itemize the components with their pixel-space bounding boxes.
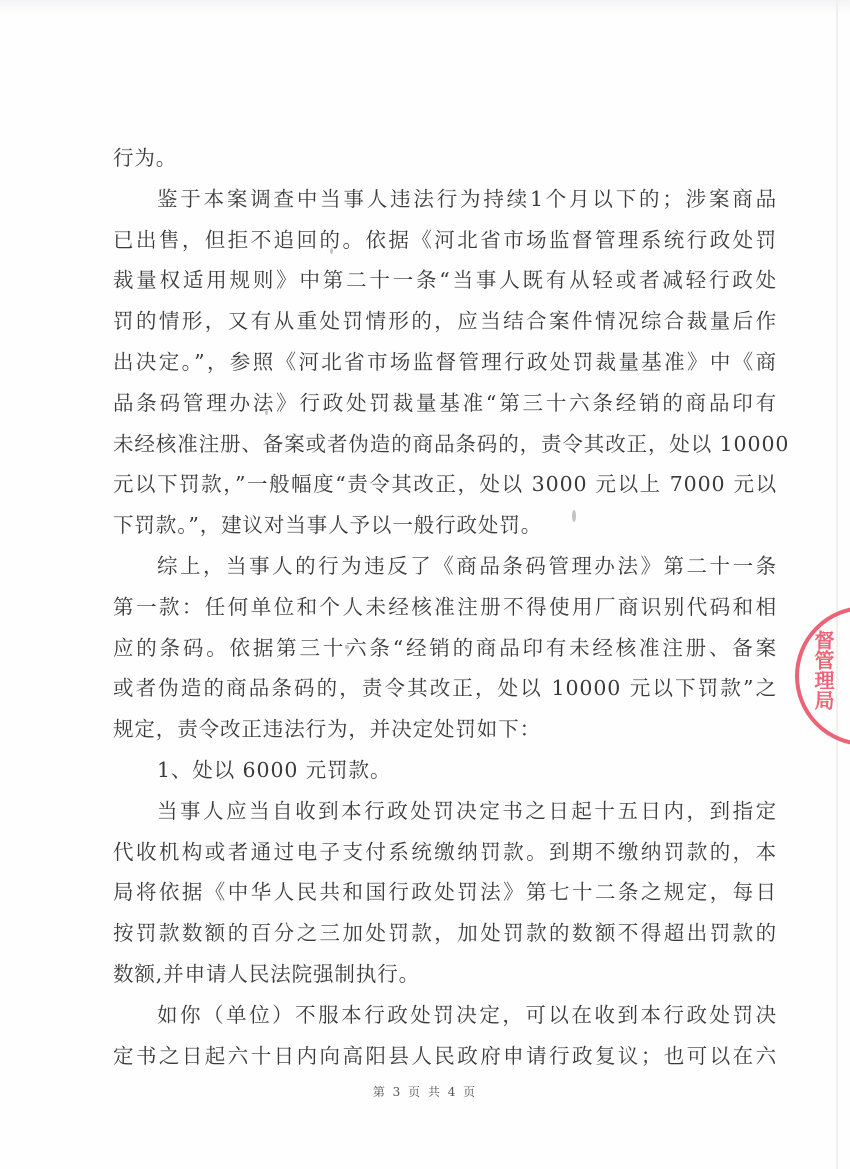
text-line: 应的条码。依据第三十六条“经销的商品印有未经核准注册、备案 [113, 628, 777, 669]
text-line: 罚的情形，又有从重处罚情形的，应当结合案件情况综合裁量后作 [113, 301, 777, 342]
scan-speck [330, 248, 333, 254]
page-number: 第 3 页 共 4 页 [0, 1083, 850, 1100]
scan-edge-top [0, 0, 850, 14]
text-line: 行为。 [113, 138, 777, 179]
document-page: 行为。 鉴于本案调查中当事人违法行为持续1个月以下的；涉案商品 已出售，但拒不追… [0, 0, 850, 1169]
scan-speck [572, 510, 576, 522]
text-line: 定书之日起六十日内向高阳县人民政府申请行政复议；也可以在六 [113, 1036, 777, 1077]
text-line: 出决定。”，参照《河北省市场监督管理行政处罚裁量基准》中《商 [113, 342, 777, 383]
text-line: 数额,并申请人民法院强制执行。 [113, 954, 777, 995]
text-line: 下罚款。”，建议对当事人予以一般行政处罚。 [113, 505, 777, 546]
text-line: 按罚款数额的百分之三加处罚款，加处罚款的数额不得超出罚款的 [113, 913, 777, 954]
text-line: 第一款：任何单位和个人未经核准注册不得使用厂商识别代码和相 [113, 587, 777, 628]
scan-speck [265, 410, 268, 415]
seal-text: 督管理局 [806, 630, 836, 710]
scan-edge-right [836, 0, 838, 1169]
text-line: 或者伪造的商品条码的，责令其改正，处以 10000 元以下罚款”之 [113, 668, 777, 709]
text-line: 如你（单位）不服本行政处罚决定，可以在收到本行政处罚决 [113, 995, 777, 1036]
text-line: 局将依据《中华人民共和国行政处罚法》第七十二条之规定，每日 [113, 872, 777, 913]
text-line: 元以下罚款，”一般幅度“责令其改正，处以 3000 元以上 7000 元以 [113, 464, 777, 505]
text-line: 规定，责令改正违法行为，并决定处罚如下： [113, 709, 777, 750]
text-line: 代收机构或者通过电子支付系统缴纳罚款。到期不缴纳罚款的，本 [113, 832, 777, 873]
text-line: 裁量权适用规则》中第二十一条“当事人既有从轻或者减轻行政处 [113, 260, 777, 301]
scan-speck [345, 645, 349, 649]
text-line: 已出售，但拒不追回的。依据《河北省市场监督管理系统行政处罚 [113, 220, 777, 261]
document-body: 行为。 鉴于本案调查中当事人违法行为持续1个月以下的；涉案商品 已出售，但拒不追… [113, 138, 777, 1076]
text-line: 品条码管理办法》行政处罚裁量基准“第三十六条经销的商品印有 [113, 383, 777, 424]
text-line: 鉴于本案调查中当事人违法行为持续1个月以下的；涉案商品 [113, 179, 777, 220]
text-line: 未经核准注册、备案或者伪造的商品条码的，责令其改正，处以 10000 [113, 424, 777, 465]
penalty-item: 1、处以 6000 元罚款。 [113, 750, 777, 791]
text-line: 当事人应当自收到本行政处罚决定书之日起十五日内，到指定 [113, 791, 777, 832]
text-line: 综上，当事人的行为违反了《商品条码管理办法》第二十一条 [113, 546, 777, 587]
